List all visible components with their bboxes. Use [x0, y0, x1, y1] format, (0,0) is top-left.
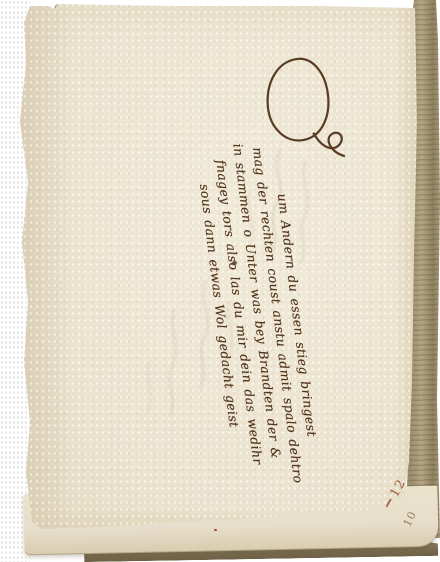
book-scan: 10 um Andern du essen stieg bringest	[0, 0, 440, 562]
underlying-page-number: 10	[401, 509, 420, 529]
folio-dash-mark	[386, 498, 392, 507]
top-edge-notch	[52, 2, 58, 8]
ink-blot	[232, 261, 237, 265]
manuscript-page: um Andern du essen stieg bringest mag de…	[16, 2, 420, 534]
